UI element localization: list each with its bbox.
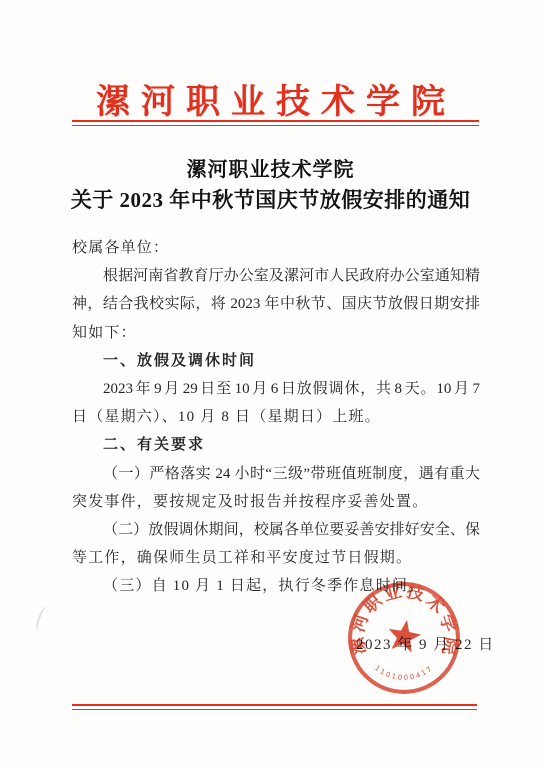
section-heading-2: 二、有关要求 [72,431,480,459]
body-line: 神，结合我校实际，将 2023 年中秋节、国庆节放假日期安排通 [72,290,480,318]
footer-divider-line [72,704,477,710]
scan-artifact-mark [34,605,51,633]
salutation: 校属各单位： [72,234,480,262]
letterhead-school-name: 漯河职业技术学院 [0,74,541,123]
body-line: 知如下： [72,319,480,347]
body-line: 根据河南省教育厅办公室及漯河市人民政府办公室通知精 [72,262,480,290]
section-heading-1: 一、放假及调休时间 [72,347,480,375]
doc-title-line2: 关于 2023 年中秋节国庆节放假安排的通知 [0,184,541,214]
body-line: 等工作，确保师生员工祥和平安度过节日假期。 [72,544,480,572]
body-line: 2023 年 9 月 29 日至 10 月 6 日放假调休，共 8 天。10 月… [72,375,480,403]
body-line: （一）严格落实 24 小时“三级”带班值班制度，遇有重大 [72,460,480,488]
seal-code-text: 1101000417 [373,664,435,682]
body-line: （二）放假调休期间，校属各单位要妥善安排好安全、保卫 [72,516,480,544]
letterhead-divider-line [72,120,479,126]
seal-ring-text: 漯河职业技术学院 [347,581,462,657]
doc-title-line1: 漯河职业技术学院 [0,153,541,182]
document-page: 漯河职业技术学院 漯河职业技术学院 关于 2023 年中秋节国庆节放假安排的通知… [0,0,541,768]
notice-body: 校属各单位： 根据河南省教育厅办公室及漯河市人民政府办公室通知精 神，结合我校实… [72,234,480,600]
official-seal-stamp: 漯河职业技术学院 1101000417 [345,579,463,697]
seal-star-icon [385,617,423,654]
body-line: 突发事件，要按规定及时报告并按程序妥善处置。 [72,488,480,516]
body-line: 日（星期六）、10 月 8 日（星期日）上班。 [72,403,480,431]
